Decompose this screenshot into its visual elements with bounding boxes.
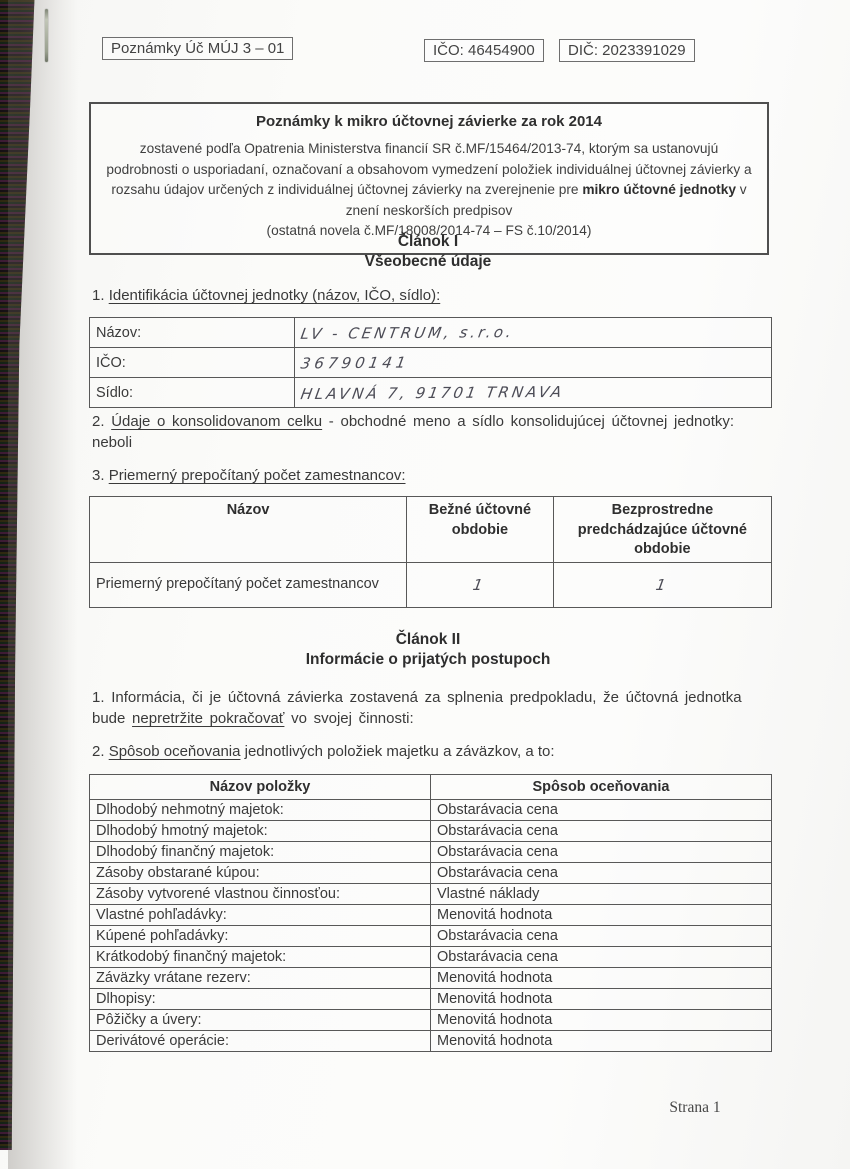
val-method: Obstarávacia cena: [431, 926, 772, 947]
valuation-table: Názov položky Spôsob oceňovania Dlhodobý…: [89, 774, 772, 1052]
table-row: Dlhodobý finančný majetok: Obstarávacia …: [90, 842, 772, 863]
val-item: Dlhodobý hmotný majetok:: [90, 821, 431, 842]
val-method: Menovitá hodnota: [431, 989, 772, 1010]
val-method: Vlastné náklady: [431, 884, 772, 905]
id-label-sidlo: Sídlo:: [90, 378, 295, 408]
val-method: Menovitá hodnota: [431, 968, 772, 989]
document-subtitle: zostavené podľa Opatrenia Ministerstva f…: [104, 139, 754, 221]
clause-valuation-rest: jednotlivých položiek majetku a záväzkov…: [240, 743, 554, 760]
table-row: Záväzky vrátane rezerv: Menovitá hodnota: [90, 968, 772, 989]
val-item: Pôžičky a úvery:: [90, 1010, 431, 1031]
article1-subtitle: Všeobecné údaje: [89, 252, 767, 272]
handwritten-employee-count-current: 1: [472, 576, 489, 594]
table-header-row: Názov položky Spôsob oceňovania: [90, 775, 772, 800]
clause-valuation: 2. Spôsob oceňovania jednotlivých položi…: [92, 741, 773, 762]
handwritten-company-name: LV - CENTRUM, s.r.o.: [299, 323, 515, 343]
clause-going-concern-underlined: nepretržite pokračovať: [132, 710, 284, 727]
article2-subtitle: Informácie o prijatých postupoch: [89, 650, 767, 670]
dic-box: DIČ: 2023391029: [559, 39, 695, 62]
form-code-box: Poznámky Úč MÚJ 3 – 01: [102, 37, 293, 60]
clause-employees-label: Priemerný prepočítaný počet zamestnancov…: [109, 467, 406, 484]
ico-box: IČO: 46454900: [424, 39, 544, 62]
table-row: Zásoby obstarané kúpou: Obstarávacia cen…: [90, 863, 772, 884]
table-header-row: Názov Bežné účtovné obdobie Bezprostredn…: [90, 497, 772, 563]
emp-header-current-period: Bežné účtovné obdobie: [407, 497, 554, 563]
val-item: Vlastné pohľadávky:: [90, 905, 431, 926]
clause-consolidation: 2. Údaje o konsolidovanom celku - obchod…: [92, 411, 773, 453]
emp-header-nazov: Názov: [90, 497, 407, 563]
table-row: Derivátové operácie: Menovitá hodnota: [90, 1031, 772, 1052]
clause-consolidation-answer: neboli: [92, 432, 773, 453]
table-row: Dlhodobý nehmotný majetok: Obstarávacia …: [90, 800, 772, 821]
val-item: Dlhopisy:: [90, 989, 431, 1010]
val-method: Menovitá hodnota: [431, 905, 772, 926]
table-row: Názov: LV - CENTRUM, s.r.o.: [90, 318, 772, 348]
val-method: Menovitá hodnota: [431, 1031, 772, 1052]
handwritten-ico: 36790141: [299, 353, 411, 372]
clause-going-concern: 1. Informácia, či je účtovná závierka zo…: [92, 687, 773, 729]
clause-number: 2.: [92, 743, 109, 760]
table-row: IČO: 36790141: [90, 348, 772, 378]
table-row: Priemerný prepočítaný počet zamestnancov…: [90, 562, 772, 607]
article2-title: Článok II: [89, 630, 767, 650]
val-item: Záväzky vrátane rezerv:: [90, 968, 431, 989]
val-item: Zásoby obstarané kúpou:: [90, 863, 431, 884]
val-item: Dlhodobý nehmotný majetok:: [90, 800, 431, 821]
val-method: Obstarávacia cena: [431, 842, 772, 863]
paper-curl-shadow: [8, 0, 78, 1169]
clause-number: 1.: [92, 689, 111, 706]
val-item: Kúpené pohľadávky:: [90, 926, 431, 947]
table-row: Dlhodobý hmotný majetok: Obstarávacia ce…: [90, 821, 772, 842]
clause-valuation-label: Spôsob oceňovania: [109, 743, 241, 760]
clause-identification-label: Identifikácia účtovnej jednotky (názov, …: [109, 287, 441, 304]
handwritten-employee-count-previous: 1: [654, 576, 671, 594]
document-title: Poznámky k mikro účtovnej závierke za ro…: [104, 113, 754, 130]
clause-consolidation-label: Údaje o konsolidovanom celku: [111, 413, 322, 430]
article1-heading: Článok I Všeobecné údaje: [89, 232, 767, 272]
id-label-ico: IČO:: [90, 348, 295, 378]
table-row: Sídlo: HLAVNÁ 7, 91701 TRNAVA: [90, 378, 772, 408]
emp-header-previous-period: Bezprostredne predchádzajúce účtovné obd…: [553, 497, 771, 563]
clause-identification: 1. Identifikácia účtovnej jednotky (názo…: [92, 285, 773, 306]
val-header-method: Spôsob oceňovania: [431, 775, 772, 800]
subtitle-bold-text: mikro účtovné jednotky: [582, 182, 736, 197]
val-item: Krátkodobý finančný majetok:: [90, 947, 431, 968]
clause-consolidation-rest: - obchodné meno a sídlo konsolidujúcej ú…: [322, 413, 734, 430]
val-method: Obstarávacia cena: [431, 947, 772, 968]
handwritten-address: HLAVNÁ 7, 91701 TRNAVA: [299, 382, 565, 402]
employees-table: Názov Bežné účtovné obdobie Bezprostredn…: [89, 496, 772, 608]
table-row: Krátkodobý finančný majetok: Obstarávaci…: [90, 947, 772, 968]
article1-title: Článok I: [89, 232, 767, 252]
identification-table: Názov: LV - CENTRUM, s.r.o. IČO: 3679014…: [89, 317, 772, 408]
val-item: Derivátové operácie:: [90, 1031, 431, 1052]
table-row: Kúpené pohľadávky: Obstarávacia cena: [90, 926, 772, 947]
clause-going-concern-after: vo svojej činnosti:: [284, 710, 413, 727]
clause-number: 1.: [92, 287, 109, 304]
table-row: Zásoby vytvorené vlastnou činnosťou: Vla…: [90, 884, 772, 905]
val-item: Dlhodobý finančný majetok:: [90, 842, 431, 863]
article2-heading: Článok II Informácie o prijatých postupo…: [89, 630, 767, 670]
val-method: Obstarávacia cena: [431, 800, 772, 821]
val-method: Obstarávacia cena: [431, 821, 772, 842]
scanned-document-page: Poznámky Úč MÚJ 3 – 01 IČO: 46454900 DIČ…: [0, 0, 850, 1169]
clause-employees: 3. Priemerný prepočítaný počet zamestnan…: [92, 465, 773, 486]
page-number: Strana 1: [640, 1099, 750, 1117]
table-row: Dlhopisy: Menovitá hodnota: [90, 989, 772, 1010]
clause-number: 2.: [92, 413, 111, 430]
table-row: Pôžičky a úvery: Menovitá hodnota: [90, 1010, 772, 1031]
val-item: Zásoby vytvorené vlastnou činnosťou:: [90, 884, 431, 905]
staple-icon: [45, 9, 48, 62]
clause-number: 3.: [92, 467, 109, 484]
emp-row-name: Priemerný prepočítaný počet zamestnancov: [90, 562, 407, 607]
val-method: Obstarávacia cena: [431, 863, 772, 884]
id-label-nazov: Názov:: [90, 318, 295, 348]
val-header-item: Názov položky: [90, 775, 431, 800]
val-method: Menovitá hodnota: [431, 1010, 772, 1031]
table-row: Vlastné pohľadávky: Menovitá hodnota: [90, 905, 772, 926]
